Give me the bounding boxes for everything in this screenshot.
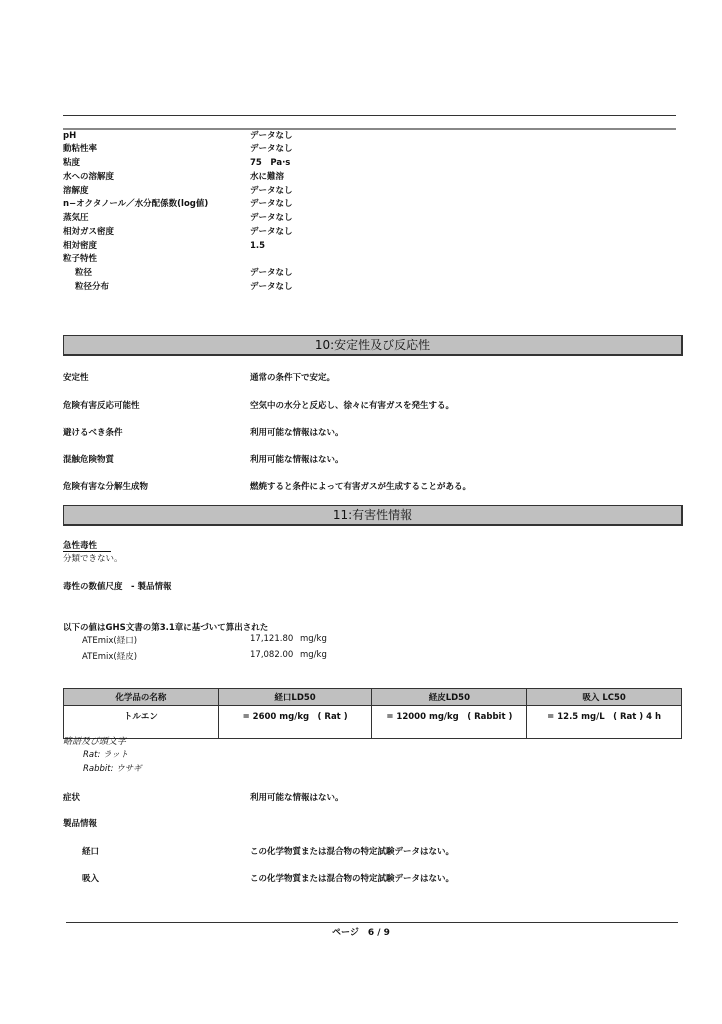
atemix-oral-label: ATEmix(経口) <box>82 636 137 646</box>
section-10-header: 10:安定性及び反応性 <box>63 335 683 356</box>
property-value: データなし <box>250 267 293 280</box>
header-divider-top <box>63 115 676 116</box>
conditions-to-avoid-row: 避けるべき条件 利用可能な情報はない。 <box>63 426 123 438</box>
atemix-oral-unit: mg/kg <box>300 634 327 644</box>
property-value: データなし <box>250 143 293 156</box>
decomposition-products-row: 危険有害な分解生成物 燃焼すると条件によって有害ガスが生成することがある。 <box>63 480 148 492</box>
property-label: 相対密度 <box>63 240 97 253</box>
stability-value: 通常の条件下で安定。 <box>250 371 335 383</box>
property-label: 粒径分布 <box>75 281 109 294</box>
page-number: ページ 6 / 9 <box>0 925 722 938</box>
atemix-oral-value: 17,121.80 <box>250 634 293 644</box>
symptoms-value: 利用可能な情報はない。 <box>250 791 344 803</box>
atemix-dermal-value: 17,082.00 <box>250 650 293 660</box>
acute-toxicity-text: 分類できない。 <box>63 552 123 564</box>
property-label: n−オクタノール／水分配係数(log値) <box>63 198 208 211</box>
stability-row: 安定性 通常の条件下で安定。 <box>63 371 89 383</box>
hazardous-reactions-value: 空気中の水分と反応し、徐々に有害ガスを発生する。 <box>250 399 454 411</box>
property-value: データなし <box>250 130 293 143</box>
toxicity-table: 化学品の名称 経口LD50 経皮LD50 吸入 LC50 トルエン = 2600… <box>63 688 682 739</box>
toxicity-table-header: 化学品の名称 経口LD50 経皮LD50 吸入 LC50 <box>64 689 682 706</box>
property-label: 粒子特性 <box>63 253 97 266</box>
incompatible-materials-row: 混触危険物質 利用可能な情報はない。 <box>63 453 114 465</box>
header-divider-bottom <box>63 128 676 130</box>
abbreviation-item: Rat: ラット <box>83 748 128 760</box>
property-label: 粘度 <box>63 157 80 170</box>
property-value: 75 Pa·s <box>250 157 290 170</box>
conditions-to-avoid-value: 利用可能な情報はない。 <box>250 426 344 438</box>
property-value: データなし <box>250 226 293 239</box>
incompatible-materials-value: 利用可能な情報はない。 <box>250 453 344 465</box>
column-header-oral-ld50: 経口LD50 <box>218 689 372 706</box>
column-header-inhalation-lc50: 吸入 LC50 <box>527 689 682 706</box>
product-info-inhalation-value: この化学物質または混合物の特定試験データはない。 <box>250 872 454 884</box>
atemix-dermal-unit: mg/kg <box>300 650 327 660</box>
property-value: データなし <box>250 212 293 225</box>
footer-divider <box>66 922 678 923</box>
property-value: 水に難溶 <box>250 171 284 184</box>
table-row: トルエン = 2600 mg/kg ( Rat ) = 12000 mg/kg … <box>64 706 682 739</box>
column-header-chemical-name: 化学品の名称 <box>64 689 219 706</box>
hazardous-reactions-label: 危険有害反応可能性 <box>63 401 140 411</box>
symptoms-row: 症状 利用可能な情報はない。 <box>63 791 80 803</box>
product-info-inhalation-label: 吸入 <box>82 872 99 884</box>
incompatible-materials-label: 混触危険物質 <box>63 455 114 465</box>
conditions-to-avoid-label: 避けるべき条件 <box>63 428 123 438</box>
cell-dermal-ld50: = 12000 mg/kg ( Rabbit ) <box>372 706 527 739</box>
column-header-dermal-ld50: 経皮LD50 <box>372 689 527 706</box>
property-value: 1.5 <box>250 240 265 253</box>
product-info-heading: 製品情報 <box>63 817 97 829</box>
product-info-oral-value: この化学物質または混合物の特定試験データはない。 <box>250 845 454 857</box>
property-label: 溶解度 <box>63 185 89 198</box>
hazardous-reactions-row: 危険有害反応可能性 空気中の水分と反応し、徐々に有害ガスを発生する。 <box>63 399 140 411</box>
product-info-oral-label: 経口 <box>82 845 99 857</box>
abbreviations-heading: 略語及び頭文字 <box>63 734 126 747</box>
atemix-dermal-label: ATEmix(経皮) <box>82 652 137 662</box>
atemix-oral-row: ATEmix(経口) 17,121.80 mg/kg <box>82 634 382 646</box>
numeric-measures-heading: 毒性の数値尺度 - 製品情報 <box>63 580 172 592</box>
ghs-note: 以下の値はGHS文書の第3.1章に基づいて算出された <box>63 621 268 633</box>
decomposition-products-label: 危険有害な分解生成物 <box>63 482 148 492</box>
property-label: 相対ガス密度 <box>63 226 114 239</box>
property-label: 水への溶解度 <box>63 171 114 184</box>
abbreviation-item: Rabbit: ウサギ <box>83 762 142 774</box>
property-value: データなし <box>250 185 293 198</box>
property-label: 蒸気圧 <box>63 212 89 225</box>
property-value: データなし <box>250 198 293 211</box>
property-value: データなし <box>250 281 293 294</box>
cell-inhalation-lc50: = 12.5 mg/L ( Rat ) 4 h <box>527 706 682 739</box>
cell-oral-ld50: = 2600 mg/kg ( Rat ) <box>218 706 372 739</box>
symptoms-label: 症状 <box>63 793 80 803</box>
atemix-dermal-row: ATEmix(経皮) 17,082.00 mg/kg <box>82 650 382 662</box>
property-label: 粒径 <box>75 267 92 280</box>
stability-label: 安定性 <box>63 373 89 383</box>
property-label: 動粘性率 <box>63 143 97 156</box>
property-label: pH <box>63 130 76 143</box>
acute-toxicity-heading: 急性毒性 <box>63 539 111 552</box>
decomposition-products-value: 燃焼すると条件によって有害ガスが生成することがある。 <box>250 480 471 492</box>
section-11-header: 11:有害性情報 <box>63 505 683 526</box>
